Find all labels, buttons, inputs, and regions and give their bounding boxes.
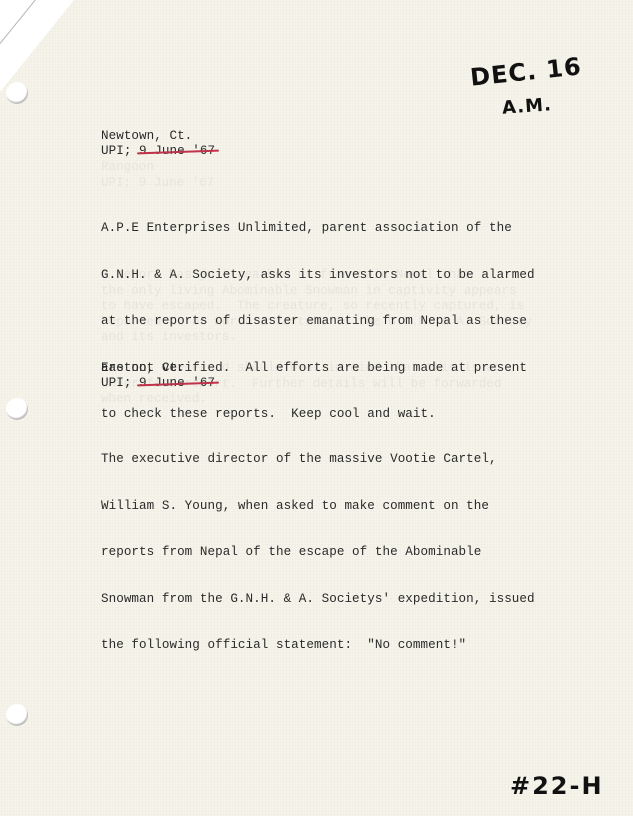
body-line: William S. Young, when asked to make com… [101,499,535,515]
handwritten-date: DEC. 16 [469,52,583,92]
bleed-through-text: Rangoon UPI; 9 June '67 [101,160,214,191]
dispatch-2-source: UPI; [101,376,131,390]
body-line: A.P.E Enterprises Unlimited, parent asso… [101,221,535,237]
body-line: Snowman from the G.N.H. & A. Societys' e… [101,592,535,608]
dispatch-2-location: Easton, Ct. [101,361,185,377]
punch-hole-top [6,82,28,104]
punch-hole-middle [6,398,28,420]
dispatch-1-source: UPI; [101,144,131,158]
dispatch-2-body: The executive director of the massive Vo… [101,421,535,685]
dispatch-2-struck-date: 9 June '67 [139,376,215,392]
body-line: reports from Nepal of the escape of the … [101,545,535,561]
body-line: the following official statement: "No co… [101,638,535,654]
handwritten-time: A.M. [501,94,552,118]
handwritten-page-number: #22-H [510,772,604,800]
punch-hole-bottom [6,704,28,726]
dispatch-1-dateline: UPI; 9 June '67 [101,144,215,160]
document-page: DEC. 16 A.M. Newtown, Ct. UPI; 9 June '6… [0,0,633,816]
body-line: The executive director of the massive Vo… [101,452,535,468]
dispatch-1-struck-date: 9 June '67 [139,144,215,160]
dispatch-1-location: Newtown, Ct. [101,129,192,145]
cut-corner [0,0,74,92]
dispatch-2-dateline: UPI; 9 June '67 [101,376,215,392]
